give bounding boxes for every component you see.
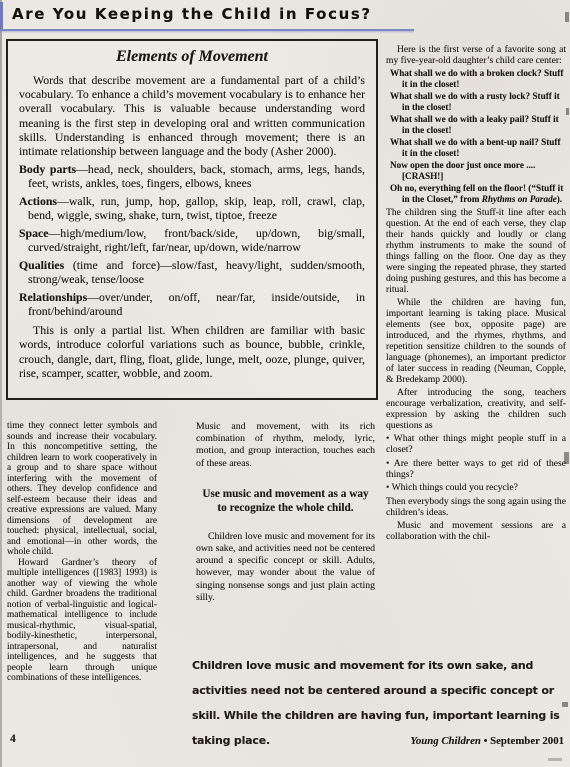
song-verse-line: What shall we do with a broken clock? St…	[390, 68, 566, 90]
column-paragraph: Children love music and movement for its…	[196, 531, 375, 604]
issue-date: September 2001	[490, 735, 564, 747]
column-paragraph: time they connect letter symbols and sou…	[7, 421, 157, 558]
column-paragraph: Music and movement, with its rich combin…	[196, 421, 375, 470]
column-paragraph: Music and movement sessions are a collab…	[386, 520, 566, 542]
bullet-question: • Which things could you recycle?	[386, 482, 566, 493]
scan-artifact	[565, 12, 569, 22]
category-items: —high/medium/low, front/back/side, up/do…	[28, 226, 365, 254]
column-paragraph: Howard Gardner’s theory of multiple inte…	[7, 558, 157, 684]
scan-artifact	[566, 108, 569, 115]
song-intro: Here is the first verse of a favorite so…	[386, 44, 566, 66]
song-source-title: Rhythms on Parade	[482, 194, 557, 204]
category-items: —head, neck, shoulders, back, stomach, a…	[28, 162, 365, 190]
scan-artifact	[564, 452, 569, 464]
bullet-question: • Are there better ways to get rid of th…	[386, 458, 566, 480]
article-header: Are You Keeping the Child in Focus?	[0, 2, 414, 31]
scanned-article-page: Are You Keeping the Child in Focus? Elem…	[0, 0, 570, 767]
song-verse-line: What shall we do with a bent-up nail? St…	[390, 137, 566, 159]
song-verse-credit: Oh no, everything fell on the floor! (“S…	[390, 183, 566, 205]
journal-name: Young Children	[410, 735, 481, 747]
movement-box-intro: Words that describe movement are a funda…	[19, 73, 365, 158]
scan-edge-line	[0, 0, 2, 767]
bullet-question: • What other things might people stuff i…	[386, 433, 566, 455]
song-credit-close: ).	[557, 194, 562, 204]
song-verse-line: What shall we do with a rusty lock? Stuf…	[390, 91, 566, 113]
page-title: Are You Keeping the Child in Focus?	[12, 5, 414, 23]
movement-box-outro: This is only a partial list. When childr…	[19, 323, 365, 380]
movement-category-actions: Actions—walk, run, jump, hop, gallop, sk…	[19, 194, 365, 222]
category-label: Relationships	[19, 290, 87, 304]
movement-category-relationships: Relationships—over/under, on/off, near/f…	[19, 290, 365, 318]
song-verse-line: Now open the door just once more .... [C…	[390, 160, 566, 182]
category-items: —walk, run, jump, hop, gallop, skip, lea…	[28, 194, 365, 222]
movement-category-qualities: Qualities (time and force)—slow/fast, he…	[19, 258, 365, 286]
category-label: Body parts	[19, 162, 76, 176]
article-column-left: time they connect letter symbols and sou…	[7, 421, 157, 684]
footer-bullet: •	[484, 735, 488, 747]
category-label: Qualities	[19, 258, 64, 272]
article-column-middle: Music and movement, with its rich combin…	[196, 421, 375, 604]
column-paragraph: After introducing the song, teachers enc…	[386, 387, 566, 431]
movement-category-space: Space—high/medium/low, front/back/side, …	[19, 226, 365, 254]
scan-artifact	[548, 758, 562, 761]
page-number: 4	[10, 733, 16, 745]
movement-category-body-parts: Body parts—head, neck, shoulders, back, …	[19, 162, 365, 190]
category-label: Space	[19, 226, 49, 240]
scan-artifact	[562, 702, 568, 707]
song-verse-line: What shall we do with a leaky pail? Stuf…	[390, 114, 566, 136]
pull-quote: Use music and movement as a way to recog…	[202, 487, 369, 516]
column-paragraph: The children sing the Stuff-it line afte…	[386, 207, 566, 295]
column-paragraph: Then everybody sings the song again usin…	[386, 496, 566, 518]
article-column-right: Here is the first verse of a favorite so…	[386, 44, 566, 544]
category-label: Actions	[19, 194, 57, 208]
column-paragraph: While the children are having fun, impor…	[386, 297, 566, 385]
journal-footer: Young Children • September 2001	[410, 735, 564, 747]
category-items: (time and force)—slow/fast, heavy/light,…	[28, 258, 365, 286]
movement-box: Elements of Movement Words that describe…	[6, 39, 378, 400]
movement-box-heading: Elements of Movement	[19, 48, 365, 66]
